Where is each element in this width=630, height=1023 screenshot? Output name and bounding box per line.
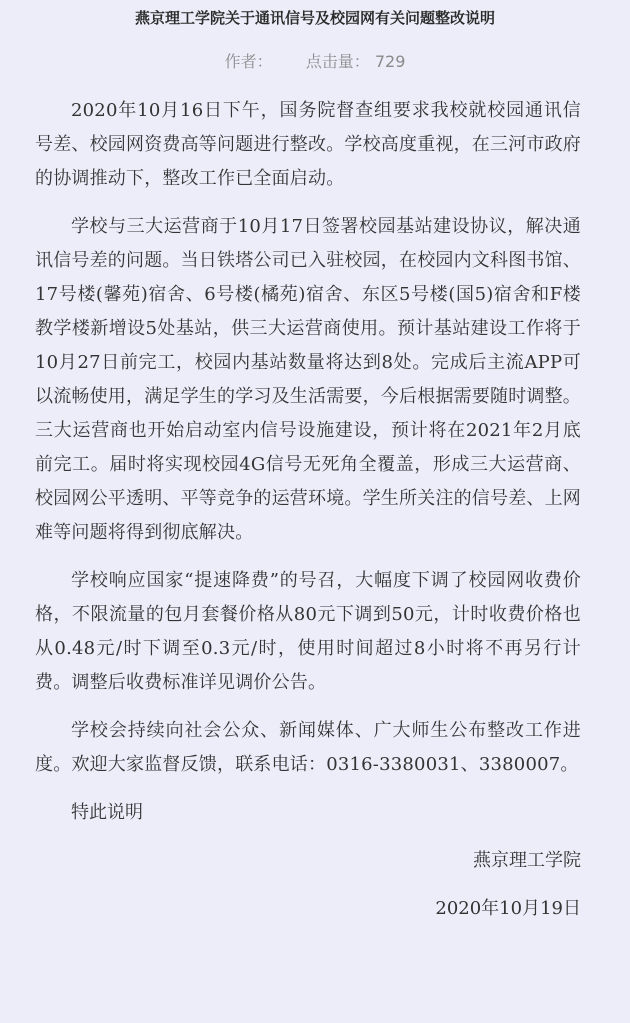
paragraph-4: 学校会持续向社会公众、新闻媒体、广大师生公布整改工作进度。欢迎大家监督反馈，联系… [35, 714, 581, 782]
signature-organization: 燕京理工学院 [35, 844, 581, 878]
click-count-label: 点击量： [306, 52, 370, 71]
article-meta: 作者： 点击量： 729 [0, 50, 630, 74]
paragraph-1: 2020年10月16日下午，国务院督查组要求我校就校园通讯信号差、校园网资费高等… [35, 94, 581, 196]
signature-date: 2020年10月19日 [35, 892, 581, 926]
closing-remark: 特此说明 [35, 796, 581, 830]
click-count-value: 729 [375, 52, 406, 71]
author-label: 作者： [225, 52, 273, 71]
article-body: 2020年10月16日下午，国务院督查组要求我校就校园通讯信号差、校园网资费高等… [35, 94, 581, 940]
article-title: 燕京理工学院关于通讯信号及校园网有关问题整改说明 [0, 6, 630, 30]
paragraph-3: 学校响应国家“提速降费”的号召，大幅度下调了校园网收费价格，不限流量的包月套餐价… [35, 564, 581, 700]
paragraph-2: 学校与三大运营商于10月17日签署校园基站建设协议，解决通讯信号差的问题。当日铁… [35, 210, 581, 550]
article-page: 燕京理工学院关于通讯信号及校园网有关问题整改说明 作者： 点击量： 729 20… [0, 0, 630, 1023]
